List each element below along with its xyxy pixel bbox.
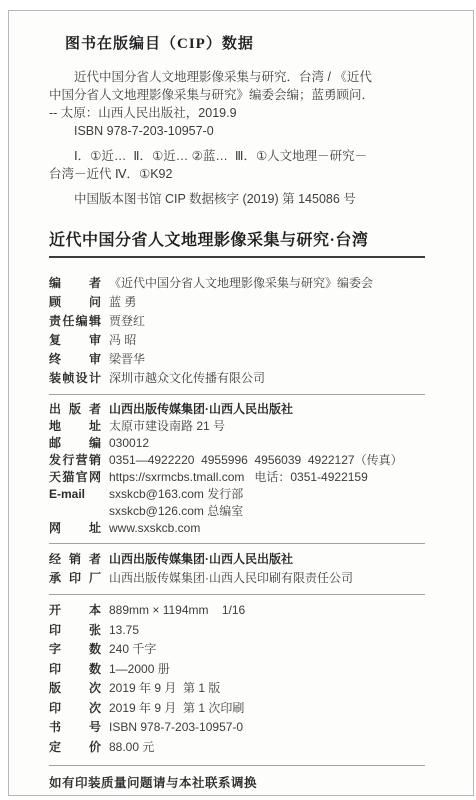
field-label: E-mail (49, 486, 101, 520)
field-value: 梁晋华 (109, 350, 145, 369)
field-value: 13.75 (109, 621, 139, 641)
cip-heading: 图书在版编目（CIP）数据 (65, 34, 425, 54)
quality-note: 如有印装质量问题请与本社联系调换 (49, 774, 425, 792)
colophon-row: 邮编030012 (49, 435, 425, 452)
field-label: 经销者 (49, 550, 101, 569)
cip-line: 台湾－近代 Ⅳ．①K92 (49, 165, 425, 183)
field-label: 邮编 (49, 435, 101, 452)
field-value: sxskcb@163.com 发行部sxskcb@126.com 总编室 (109, 486, 243, 520)
field-label: 印张 (49, 621, 101, 641)
field-label: 装帧设计 (49, 369, 101, 388)
colophon-row: 印次2019 年 9 月 第 1 次印刷 (49, 699, 425, 719)
field-label: 开本 (49, 601, 101, 621)
section-divider (49, 594, 425, 595)
field-value: ISBN 978-7-203-10957-0 (109, 718, 243, 738)
colophon-row: E-mailsxskcb@163.com 发行部sxskcb@126.com 总… (49, 486, 425, 520)
field-value: https://sxrmcbs.tmall.com 电话：0351-492215… (109, 469, 368, 486)
colophon-row: 地址太原市建设南路 21 号 (49, 418, 425, 435)
colophon-row: 顾问蓝 勇 (49, 293, 425, 312)
field-label: 发行营销 (49, 452, 101, 469)
colophon-row: 复审冯 昭 (49, 331, 425, 350)
field-label: 版次 (49, 679, 101, 699)
colophon-row: 开本889mm × 1194mm 1/16 (49, 601, 425, 621)
field-value: 《近代中国分省人文地理影像采集与研究》编委会 (109, 274, 373, 293)
section-divider (49, 394, 425, 395)
colophon-page: 图书在版编目（CIP）数据 近代中国分省人文地理影像采集与研究．台湾 / 《近代… (8, 10, 474, 796)
field-value: 太原市建设南路 21 号 (109, 418, 225, 435)
field-value: 冯 昭 (109, 331, 136, 350)
field-value: 深圳市越众文化传播有限公司 (109, 369, 265, 388)
field-label: 字数 (49, 640, 101, 660)
colophon-row: 承印厂山西出版传媒集团·山西人民印刷有限责任公司 (49, 569, 425, 588)
colophon-row: 发行营销0351—4922220 4955996 4956039 4922127… (49, 452, 425, 469)
staff-section: 编者《近代中国分省人文地理影像采集与研究》编委会顾问蓝 勇责任编辑贾登红复审冯 … (49, 274, 425, 388)
cip-line: Ⅰ．①近… Ⅱ．①近… ②蓝… Ⅲ．①人文地理－研究－ (49, 147, 425, 165)
cip-block: 图书在版编目（CIP）数据 近代中国分省人文地理影像采集与研究．台湾 / 《近代… (49, 34, 425, 208)
print-spec-section: 开本889mm × 1194mm 1/16印张13.75字数240 千字印数1—… (49, 601, 425, 757)
field-value: 2019 年 9 月 第 1 次印刷 (109, 699, 244, 719)
cip-line: 中国分省人文地理影像采集与研究》编委会编；蓝勇顾问． (49, 86, 425, 104)
field-label: 编者 (49, 274, 101, 293)
field-value: 240 千字 (109, 640, 156, 660)
field-label: 复审 (49, 331, 101, 350)
field-label: 书号 (49, 718, 101, 738)
field-value: 0351—4922220 4955996 4956039 4922127（传真） (109, 452, 403, 469)
field-value: 山西出版传媒集团·山西人民出版社 (109, 401, 293, 418)
distribution-section: 经销者山西出版传媒集团·山西人民出版社承印厂山西出版传媒集团·山西人民印刷有限责… (49, 550, 425, 588)
colophon-row: 编者《近代中国分省人文地理影像采集与研究》编委会 (49, 274, 425, 293)
colophon-row: 装帧设计深圳市越众文化传播有限公司 (49, 369, 425, 388)
field-value: 889mm × 1194mm 1/16 (109, 601, 245, 621)
field-value: 2019 年 9 月 第 1 版 (109, 679, 220, 699)
field-label: 终审 (49, 350, 101, 369)
book-title: 近代中国分省人文地理影像采集与研究·台湾 (49, 230, 425, 252)
colophon-row: 责任编辑贾登红 (49, 312, 425, 331)
colophon-row: 出版者山西出版传媒集团·山西人民出版社 (49, 401, 425, 418)
page-content: 图书在版编目（CIP）数据 近代中国分省人文地理影像采集与研究．台湾 / 《近代… (9, 11, 473, 792)
colophon-row: 印张13.75 (49, 621, 425, 641)
title-block: 近代中国分省人文地理影像采集与研究·台湾 (49, 230, 425, 258)
field-label: 网址 (49, 520, 101, 537)
colophon-row: 天猫官网https://sxrmcbs.tmall.com 电话：0351-49… (49, 469, 425, 486)
field-label: 天猫官网 (49, 469, 101, 486)
cip-paragraph: 近代中国分省人文地理影像采集与研究．台湾 / 《近代中国分省人文地理影像采集与研… (49, 68, 425, 208)
field-label: 印数 (49, 660, 101, 680)
field-value: 山西出版传媒集团·山西人民出版社 (109, 550, 293, 569)
footer-divider (49, 765, 425, 766)
colophon-row: 印数1—2000 册 (49, 660, 425, 680)
colophon-row: 字数240 千字 (49, 640, 425, 660)
field-label: 定价 (49, 738, 101, 758)
colophon-row: 网址www.sxskcb.com (49, 520, 425, 537)
cip-line: 近代中国分省人文地理影像采集与研究．台湾 / 《近代 (49, 68, 425, 86)
colophon-row: 经销者山西出版传媒集团·山西人民出版社 (49, 550, 425, 569)
publisher-section: 出版者山西出版传媒集团·山西人民出版社地址太原市建设南路 21 号邮编03001… (49, 401, 425, 537)
section-divider (49, 543, 425, 544)
field-value: 蓝 勇 (109, 293, 136, 312)
field-label: 责任编辑 (49, 312, 101, 331)
cip-line: ISBN 978-7-203-10957-0 (49, 122, 425, 140)
field-value: 贾登红 (109, 312, 145, 331)
colophon-row: 书号ISBN 978-7-203-10957-0 (49, 718, 425, 738)
colophon-row: 定价88.00 元 (49, 738, 425, 758)
field-label: 承印厂 (49, 569, 101, 588)
cip-line: 中国版本图书馆 CIP 数据核字 (2019) 第 145086 号 (49, 190, 425, 208)
colophon-row: 终审梁晋华 (49, 350, 425, 369)
field-value: 030012 (109, 435, 149, 452)
field-value: 1—2000 册 (109, 660, 170, 680)
field-label: 印次 (49, 699, 101, 719)
field-value: 88.00 元 (109, 738, 154, 758)
field-value: 山西出版传媒集团·山西人民印刷有限责任公司 (109, 569, 353, 588)
field-label: 顾问 (49, 293, 101, 312)
title-rule (49, 256, 425, 258)
field-label: 地址 (49, 418, 101, 435)
cip-line: -- 太原：山西人民出版社，2019.9 (49, 104, 425, 122)
field-label: 出版者 (49, 401, 101, 418)
colophon-row: 版次2019 年 9 月 第 1 版 (49, 679, 425, 699)
field-value: www.sxskcb.com (109, 520, 200, 537)
